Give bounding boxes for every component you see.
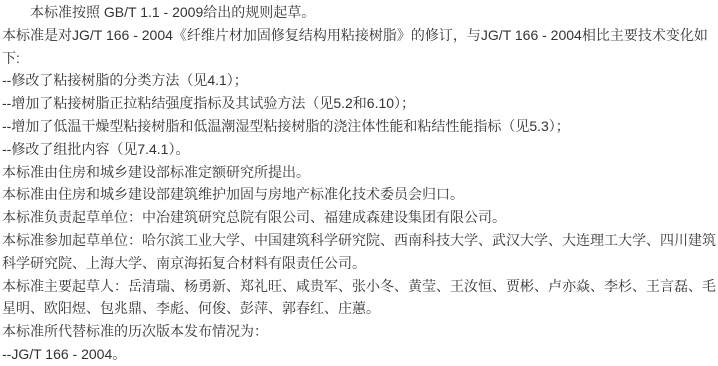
paragraph-change-tensile-bond: --增加了粘接树脂正拉粘结强度指标及其试验方法（见5.2和6.10）； xyxy=(2,92,716,115)
paragraph-drafting-rule: 本标准按照 GB/T 1.1 - 2009给出的规则起草。 xyxy=(2,1,716,24)
paragraph-main-drafters: 本标准主要起草人：岳清瑞、杨勇新、郑礼旺、咸贵军、张小冬、黄莹、王汝恒、贾彬、卢… xyxy=(2,275,716,321)
paragraph-previous-edition-item: --JG/T 166 - 2004。 xyxy=(2,343,716,366)
paragraph-under-jurisdiction: 本标准由住房和城乡建设部建筑维护加固与房地产标准化技术委员会归口。 xyxy=(2,183,716,206)
paragraph-chief-drafting-org: 本标准负责起草单位：中冶建筑研究总院有限公司、福建成森建设集团有限公司。 xyxy=(2,206,716,229)
document-page: 本标准按照 GB/T 1.1 - 2009给出的规则起草。 本标准是对JG/T … xyxy=(0,0,716,366)
paragraph-change-classification: --修改了粘接树脂的分类方法（见4.1）； xyxy=(2,69,716,92)
paragraph-previous-editions: 本标准所代替标准的历次版本发布情况为： xyxy=(2,320,716,343)
paragraph-proposed-by: 本标准由住房和城乡建设部标准定额研究所提出。 xyxy=(2,161,716,184)
paragraph-change-low-temp: --增加了低温干燥型粘接树脂和低温潮湿型粘接树脂的浇注体性能和粘结性能指标（见5… xyxy=(2,115,716,138)
paragraph-participating-orgs: 本标准参加起草单位：哈尔滨工业大学、中国建筑科学研究院、西南科技大学、武汉大学、… xyxy=(2,229,716,275)
paragraph-change-batch: --修改了组批内容（见7.4.1）。 xyxy=(2,138,716,161)
paragraph-revision-intro: 本标准是对JG/T 166 - 2004《纤维片材加固修复结构用粘接树脂》的修订… xyxy=(2,24,716,70)
